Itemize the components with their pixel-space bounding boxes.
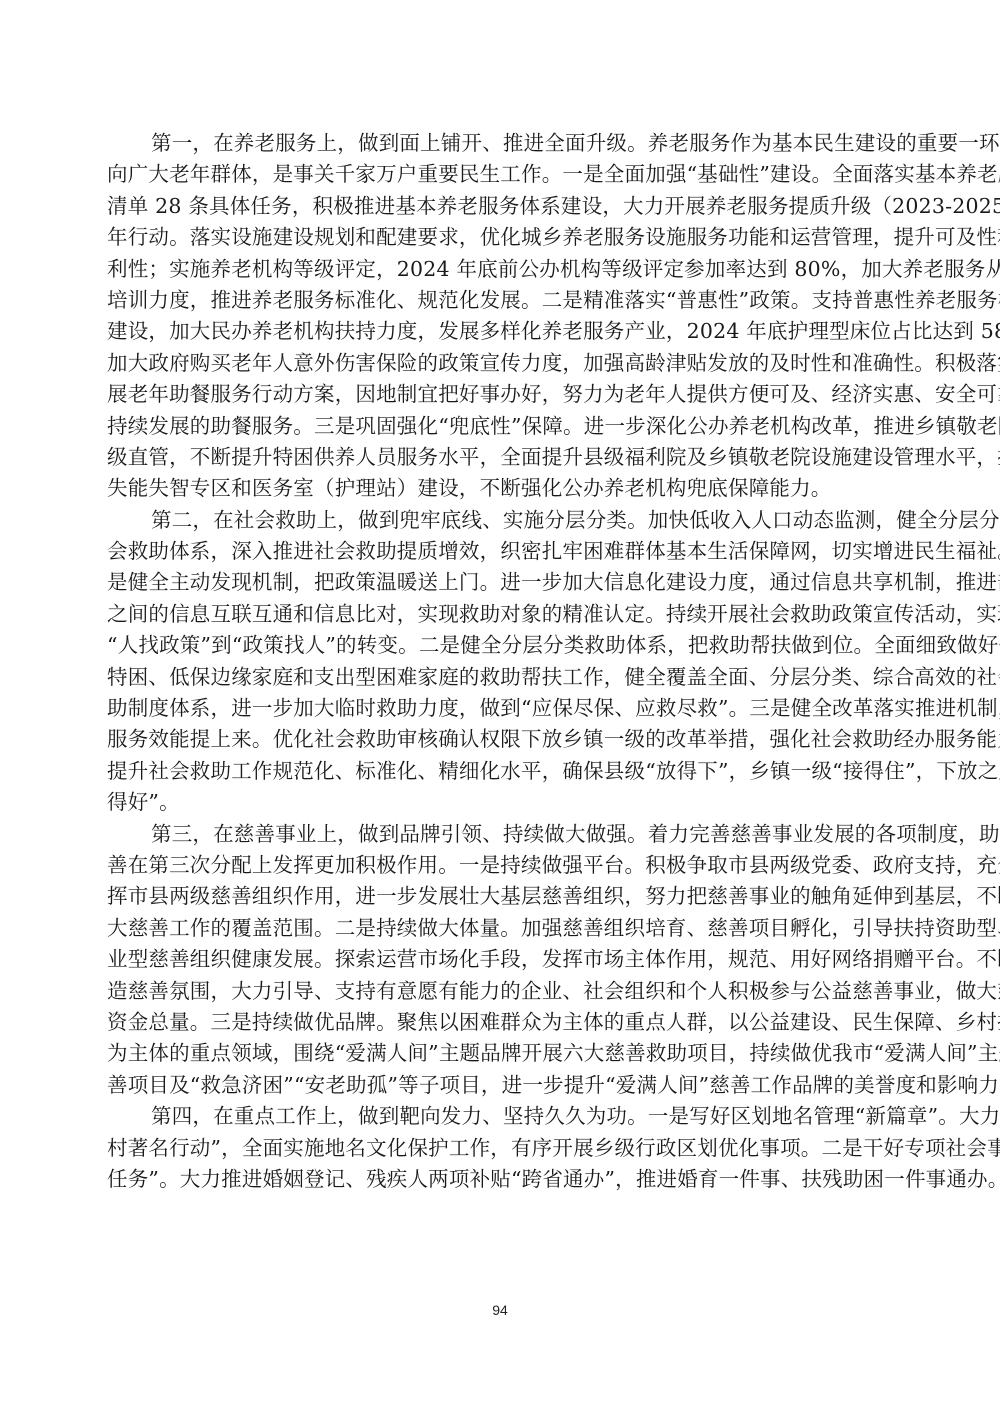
paragraph-elderly-care-line: 年行动。落实设施建设规划和配建要求，优化城乡养老服务设施服务功能和运营管理，提升… (107, 222, 899, 253)
paragraph-social-assistance-line: 是健全主动发现机制，把政策温暖送上门。进一步加大信息化建设力度，通过信息共享机制… (107, 567, 899, 598)
paragraph-charity-line: 资金总量。三是持续做优品牌。聚焦以困难群众为主体的重点人群，以公益建设、民生保障… (107, 1007, 899, 1038)
paragraph-charity-line: 为主体的重点领域，围绕“爱满人间”主题品牌开展六大慈善救助项目，持续做优我市“爱… (107, 1038, 899, 1069)
paragraph-elderly-care-line: 培训力度，推进养老服务标准化、规范化发展。二是精准落实“普惠性”政策。支持普惠性… (107, 285, 899, 316)
paragraph-elderly-care-line: 清单 28 条具体任务，积极推进基本养老服务体系建设，大力开展养老服务提质升级（… (107, 191, 899, 222)
paragraph-social-assistance-line: 助制度体系，进一步加大临时救助力度，做到“应保尽保、应救尽救”。三是健全改革落实… (107, 693, 899, 724)
paragraph-charity-line: 善在第三次分配上发挥更加积极作用。一是持续做强平台。积极争取市县两级党委、政府支… (107, 850, 899, 881)
paragraph-key-work-line: 任务”。大力推进婚姻登记、残疾人两项补贴“跨省通办”，推进婚育一件事、扶残助困一… (107, 1164, 899, 1195)
paragraph-social-assistance-line: 得好”。 (107, 787, 899, 818)
paragraph-social-assistance-line: 之间的信息互联互通和信息比对，实现救助对象的精准认定。持续开展社会救助政策宣传活… (107, 599, 899, 630)
paragraph-social-assistance-line: “人找政策”到“政策找人”的转变。二是健全分层分类救助体系，把救助帮扶做到位。全… (107, 630, 899, 661)
paragraph-charity-line: 第三，在慈善事业上，做到品牌引领、持续做大做强。着力完善慈善事业发展的各项制度，… (107, 819, 899, 850)
body-text: 第一，在养老服务上，做到面上铺开、推进全面升级。养老服务作为基本民生建设的重要一… (107, 128, 899, 1195)
paragraph-elderly-care-line: 利性；实施养老机构等级评定，2024 年底前公办机构等级评定参加率达到 80%，… (107, 254, 899, 285)
paragraph-social-assistance-line: 服务效能提上来。优化社会救助审核确认权限下放乡镇一级的改革举措，强化社会救助经办… (107, 724, 899, 755)
paragraph-elderly-care-line: 持续发展的助餐服务。三是巩固强化“兜底性”保障。进一步深化公办养老机构改革，推进… (107, 411, 899, 442)
paragraph-elderly-care-line: 向广大老年群体，是事关千家万户重要民生工作。一是全面加强“基础性”建设。全面落实… (107, 159, 899, 190)
paragraph-charity-line: 大慈善工作的覆盖范围。二是持续做大体量。加强慈善组织培育、慈善项目孵化，引导扶持… (107, 913, 899, 944)
paragraph-social-assistance-line: 特困、低保边缘家庭和支出型困难家庭的救助帮扶工作，健全覆盖全面、分层分类、综合高… (107, 662, 899, 693)
paragraph-elderly-care-line: 第一，在养老服务上，做到面上铺开、推进全面升级。养老服务作为基本民生建设的重要一… (107, 128, 899, 159)
document-page: 第一，在养老服务上，做到面上铺开、推进全面升级。养老服务作为基本民生建设的重要一… (0, 0, 1000, 1414)
paragraph-social-assistance-line: 第二，在社会救助上，做到兜牢底线、实施分层分类。加快低收入人口动态监测，健全分层… (107, 505, 899, 536)
paragraph-charity-line: 造慈善氛围，大力引导、支持有意愿有能力的企业、社会组织和个人积极参与公益慈善事业… (107, 976, 899, 1007)
paragraph-elderly-care-line: 展老年助餐服务行动方案，因地制宜把好事办好，努力为老年人提供方便可及、经济实惠、… (107, 379, 899, 410)
paragraph-elderly-care-line: 级直管，不断提升特困供养人员服务水平，全面提升县级福利院及乡镇敬老院设施建设管理… (107, 442, 899, 473)
paragraph-elderly-care-line: 失能失智专区和医务室（护理站）建设，不断强化公办养老机构兜底保障能力。 (107, 473, 899, 504)
paragraph-key-work-line: 第四，在重点工作上，做到靶向发力、坚持久久为功。一是写好区划地名管理“新篇章”。… (107, 1101, 899, 1132)
paragraph-charity-line: 业型慈善组织健康发展。探索运营市场化手段，发挥市场主体作用，规范、用好网络捐赠平… (107, 944, 899, 975)
paragraph-social-assistance-line: 会救助体系，深入推进社会救助提质增效，织密扎牢困难群体基本生活保障网，切实增进民… (107, 536, 899, 567)
paragraph-elderly-care-line: 加大政府购买老年人意外伤害保险的政策宣传力度，加强高龄津贴发放的及时性和准确性。… (107, 348, 899, 379)
paragraph-elderly-care-line: 建设，加大民办养老机构扶持力度，发展多样化养老服务产业，2024 年底护理型床位… (107, 316, 899, 347)
paragraph-charity-line: 挥市县两级慈善组织作用，进一步发展壮大基层慈善组织，努力把慈善事业的触角延伸到基… (107, 881, 899, 912)
page-number: 94 (0, 1302, 1000, 1318)
paragraph-social-assistance-line: 提升社会救助工作规范化、标准化、精细化水平，确保县级“放得下”，乡镇一级“接得住… (107, 756, 899, 787)
paragraph-charity-line: 善项目及“救急济困”“安老助孤”等子项目，进一步提升“爱满人间”慈善工作品牌的美… (107, 1070, 899, 1101)
paragraph-key-work-line: 村著名行动”，全面实施地名文化保护工作，有序开展乡级行政区划优化事项。二是干好专… (107, 1133, 899, 1164)
